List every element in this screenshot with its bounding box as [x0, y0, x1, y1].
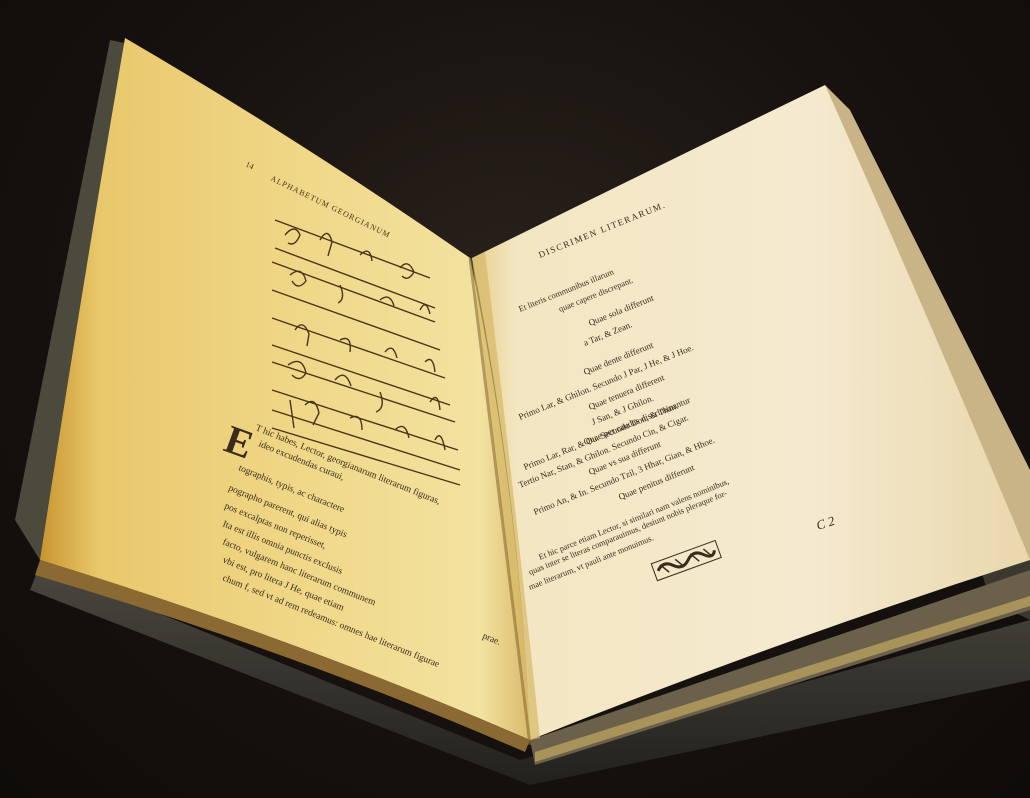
book-illustration: 14 ALPHABETUM GEORGIANUM E T hic habes, … — [0, 0, 1030, 798]
right-page: DISCRIMEN LITERARUM. Et literis communib… — [472, 85, 1030, 740]
photo-scene: 14 ALPHABETUM GEORGIANUM E T hic habes, … — [0, 0, 1030, 798]
left-page: 14 ALPHABETUM GEORGIANUM E T hic habes, … — [35, 38, 530, 752]
